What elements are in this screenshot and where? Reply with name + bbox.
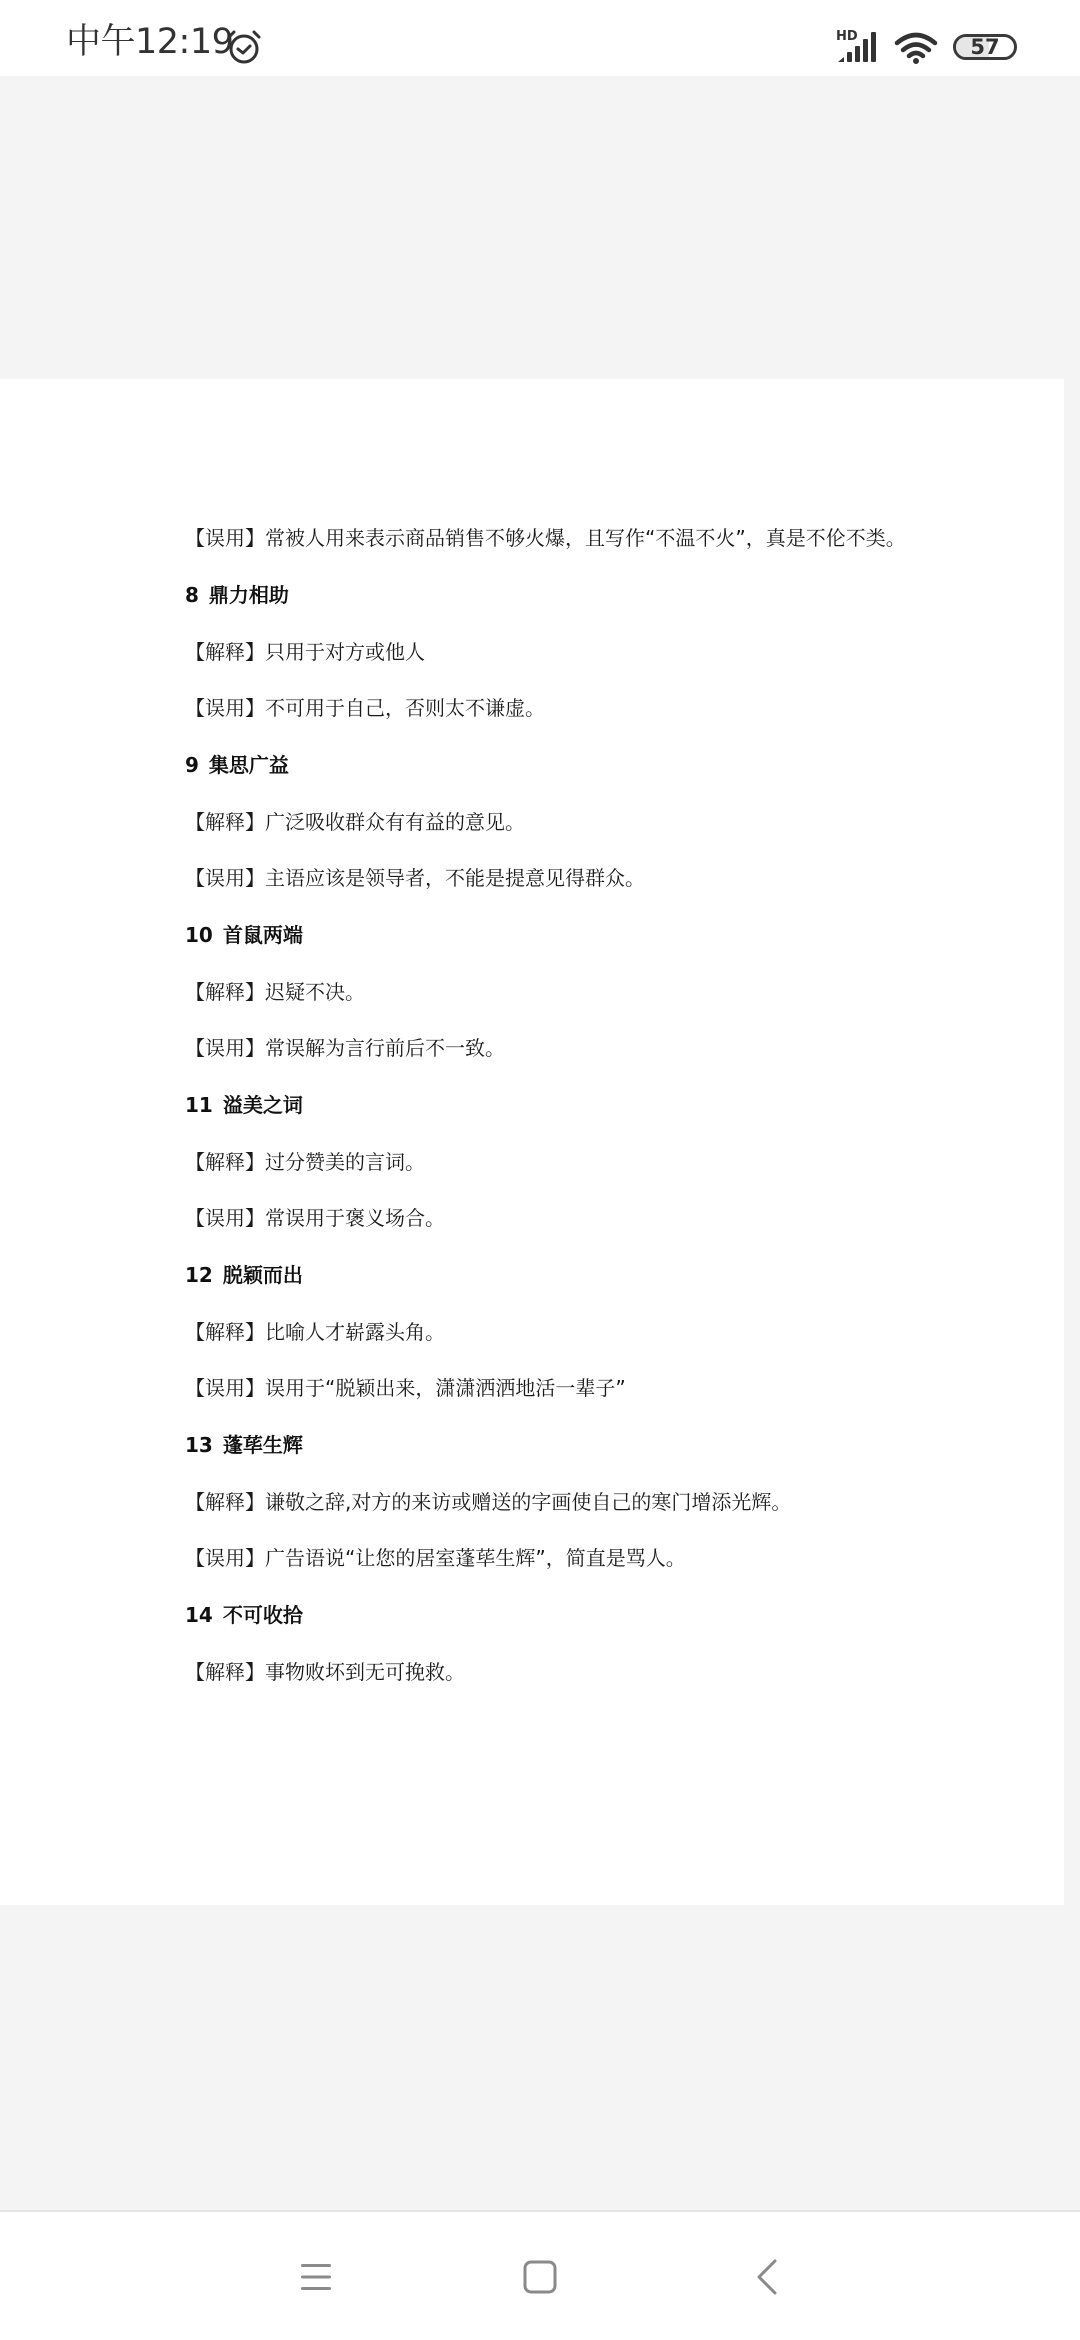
doc-text-line: 【解释】事物败坏到无可挽救。	[185, 1659, 465, 1685]
heading-title: 集思广益	[209, 753, 289, 777]
heading-title: 脱颖而出	[223, 1263, 303, 1287]
heading-title: 蓬荜生辉	[223, 1433, 303, 1457]
heading-number: 9	[185, 752, 199, 778]
alarm-clock-icon	[226, 28, 262, 66]
back-button[interactable]	[732, 2242, 802, 2312]
doc-heading: 8鼎力相助	[185, 582, 289, 608]
heading-number: 10	[185, 922, 213, 948]
heading-title: 溢美之词	[223, 1093, 303, 1117]
doc-heading: 10首鼠两端	[185, 922, 303, 948]
doc-text-line: 【解释】谦敬之辞,对方的来访或赠送的字画使自己的寒门增添光辉。	[185, 1489, 791, 1515]
heading-title: 不可收拾	[223, 1603, 303, 1627]
svg-text:HD: HD	[836, 29, 858, 44]
cellular-signal-icon: HD	[836, 28, 880, 64]
heading-number: 14	[185, 1602, 213, 1628]
doc-text-line: 【解释】比喻人才崭露头角。	[185, 1319, 445, 1345]
doc-heading: 11溢美之词	[185, 1092, 303, 1118]
doc-text-line: 【解释】迟疑不决。	[185, 979, 365, 1005]
doc-text-line: 【解释】过分赞美的言词。	[185, 1149, 425, 1175]
heading-number: 8	[185, 582, 199, 608]
doc-heading: 9集思广益	[185, 752, 289, 778]
battery-indicator: 57	[953, 34, 1017, 60]
menu-icon	[299, 2262, 333, 2292]
doc-text-line: 【误用】主语应该是领导者，不能是提意见得群众。	[185, 865, 645, 891]
heading-title: 鼎力相助	[209, 583, 289, 607]
doc-text-line: 【误用】常误解为言行前后不一致。	[185, 1035, 505, 1061]
heading-number: 11	[185, 1092, 213, 1118]
doc-text-line: 【解释】广泛吸收群众有有益的意见。	[185, 809, 525, 835]
doc-text-line: 【误用】广告语说“让您的居室蓬荜生辉”，简直是骂人。	[185, 1545, 686, 1571]
doc-text-line: 【误用】常被人用来表示商品销售不够火爆，且写作“不温不火”，真是不伦不类。	[185, 525, 906, 551]
heading-title: 首鼠两端	[223, 923, 303, 947]
navigation-bar	[0, 2210, 1080, 2340]
home-button[interactable]	[505, 2242, 575, 2312]
wifi-icon	[894, 32, 938, 64]
heading-number: 12	[185, 1262, 213, 1288]
back-icon	[755, 2259, 779, 2295]
status-bar: 中午12:19 HD 57	[0, 0, 1080, 76]
doc-heading: 12脱颖而出	[185, 1262, 303, 1288]
doc-heading: 14不可收拾	[185, 1602, 303, 1628]
document-page[interactable]: 【误用】常被人用来表示商品销售不够火爆，且写作“不温不火”，真是不伦不类。 8鼎…	[0, 379, 1064, 1905]
doc-text-line: 【误用】不可用于自己，否则太不谦虚。	[185, 695, 545, 721]
doc-text-line: 【误用】常误用于褒义场合。	[185, 1205, 445, 1231]
battery-level: 57	[956, 35, 1014, 59]
heading-number: 13	[185, 1432, 213, 1458]
recent-apps-button[interactable]	[281, 2242, 351, 2312]
doc-heading: 13蓬荜生辉	[185, 1432, 303, 1458]
home-icon	[523, 2260, 557, 2294]
doc-text-line: 【误用】误用于“脱颖出来，潇潇洒洒地活一辈子”	[185, 1375, 626, 1401]
status-time: 中午12:19	[66, 22, 233, 62]
doc-text-line: 【解释】只用于对方或他人	[185, 639, 425, 665]
